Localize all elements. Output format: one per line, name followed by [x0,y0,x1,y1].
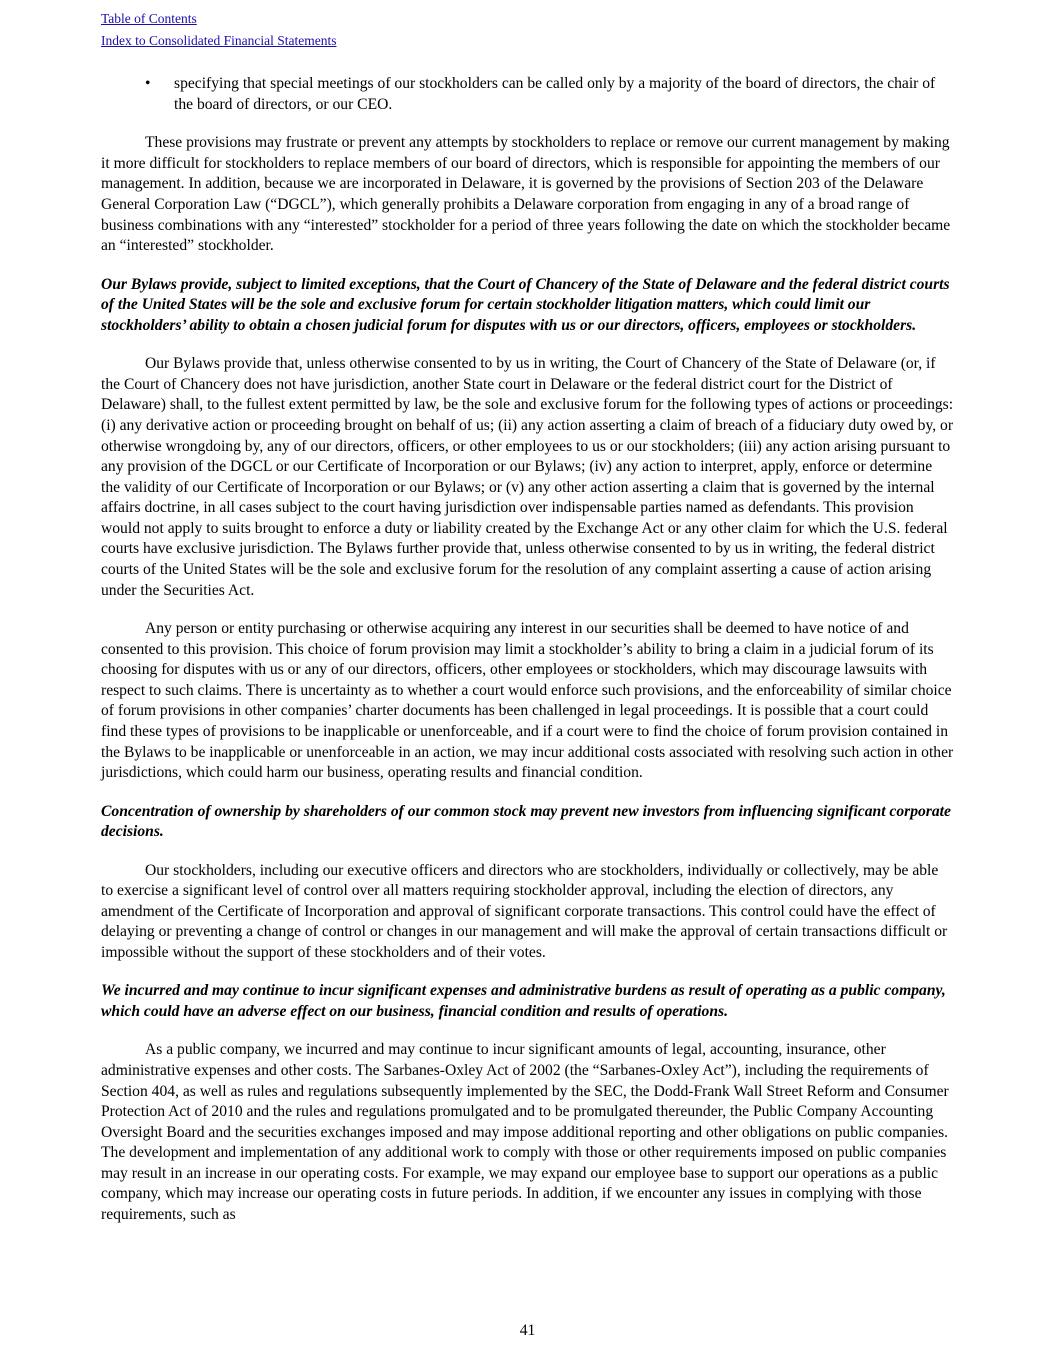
risk-factor-heading: Concentration of ownership by shareholde… [101,802,954,843]
index-financial-statements-link[interactable]: Index to Consolidated Financial Statemen… [101,30,336,52]
body-paragraph: These provisions may frustrate or preven… [101,133,954,257]
body-paragraph: Our stockholders, including our executiv… [101,861,954,964]
risk-factor-heading: Our Bylaws provide, subject to limited e… [101,275,954,337]
risk-factor-heading: We incurred and may continue to incur si… [101,981,954,1022]
page-number: 41 [0,1322,1055,1340]
bullet-icon: • [145,74,150,95]
body-paragraph: Our Bylaws provide that, unless otherwis… [101,354,954,601]
bullet-item: • specifying that special meetings of ou… [101,74,954,115]
body-paragraph: Any person or entity purchasing or other… [101,619,954,784]
table-of-contents-link[interactable]: Table of Contents [101,8,336,30]
document-nav: Table of Contents Index to Consolidated … [101,8,336,52]
document-body: • specifying that special meetings of ou… [101,74,954,1243]
body-paragraph: As a public company, we incurred and may… [101,1040,954,1225]
bullet-text: specifying that special meetings of our … [174,75,935,113]
